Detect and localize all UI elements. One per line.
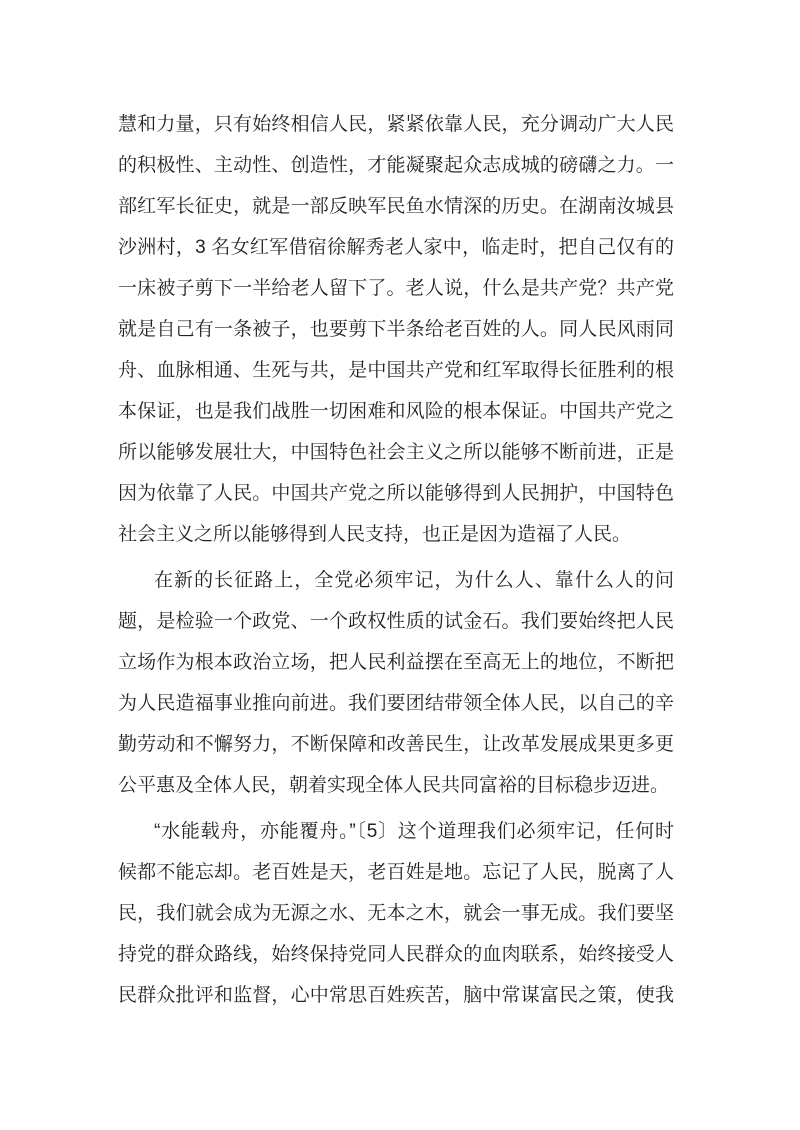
text-line: 在新的长征路上，全党必须牢记，为什么人、靠什么人的问 (118, 560, 674, 601)
paragraph: “水能载舟，亦能覆舟。”〔5〕这个道理我们必须牢记，任何时候都不能忘却。老百姓是… (118, 811, 674, 1016)
paragraph: 慧和力量，只有始终相信人民，紧紧依靠人民，充分调动广大人民的积极性、主动性、创造… (118, 104, 674, 555)
text-line: 所以能够发展壮大，中国特色社会主义之所以能够不断前进，正是 (118, 432, 674, 473)
text-line: 部红军长征史，就是一部反映军民鱼水情深的历史。在湖南汝城县 (118, 186, 674, 227)
text-line: 慧和力量，只有始终相信人民，紧紧依靠人民，充分调动广大人民 (118, 104, 674, 145)
text-line: 就是自己有一条被子，也要剪下半条给老百姓的人。同人民风雨同 (118, 309, 674, 350)
text-line: 沙洲村，3 名女红军借宿徐解秀老人家中，临走时，把自己仅有的 (118, 227, 674, 268)
text-block: 慧和力量，只有始终相信人民，紧紧依靠人民，充分调动广大人民的积极性、主动性、创造… (118, 104, 674, 1016)
text-line: 持党的群众路线，始终保持党同人民群众的血肉联系，始终接受人 (118, 934, 674, 975)
text-line: 民，我们就会成为无源之水、无本之木，就会一事无成。我们要坚 (118, 893, 674, 934)
text-line: 候都不能忘却。老百姓是天，老百姓是地。忘记了人民，脱离了人 (118, 852, 674, 893)
text-line: 为人民造福事业推向前进。我们要团结带领全体人民，以自己的辛 (118, 683, 674, 724)
text-line: 因为依靠了人民。中国共产党之所以能够得到人民拥护，中国特色 (118, 473, 674, 514)
text-line: 本保证，也是我们战胜一切困难和风险的根本保证。中国共产党之 (118, 391, 674, 432)
text-line: 立场作为根本政治立场，把人民利益摆在至高无上的地位，不断把 (118, 642, 674, 683)
text-line: 勤劳动和不懈努力，不断保障和改善民生，让改革发展成果更多更 (118, 724, 674, 765)
text-line: 公平惠及全体人民，朝着实现全体人民共同富裕的目标稳步迈进。 (118, 765, 674, 806)
text-line: 的积极性、主动性、创造性，才能凝聚起众志成城的磅礴之力。一 (118, 145, 674, 186)
text-line: 社会主义之所以能够得到人民支持，也正是因为造福了人民。 (118, 514, 674, 555)
text-line: 一床被子剪下一半给老人留下了。老人说，什么是共产党？共产党 (118, 268, 674, 309)
text-line: 民群众批评和监督，心中常思百姓疾苦，脑中常谋富民之策，使我 (118, 975, 674, 1016)
paragraph: 在新的长征路上，全党必须牢记，为什么人、靠什么人的问题，是检验一个政党、一个政权… (118, 560, 674, 806)
text-line: 舟、血脉相通、生死与共，是中国共产党和红军取得长征胜利的根 (118, 350, 674, 391)
text-line: “水能载舟，亦能覆舟。”〔5〕这个道理我们必须牢记，任何时 (118, 811, 674, 852)
text-line: 题，是检验一个政党、一个政权性质的试金石。我们要始终把人民 (118, 601, 674, 642)
document-page: 慧和力量，只有始终相信人民，紧紧依靠人民，充分调动广大人民的积极性、主动性、创造… (0, 0, 800, 1130)
